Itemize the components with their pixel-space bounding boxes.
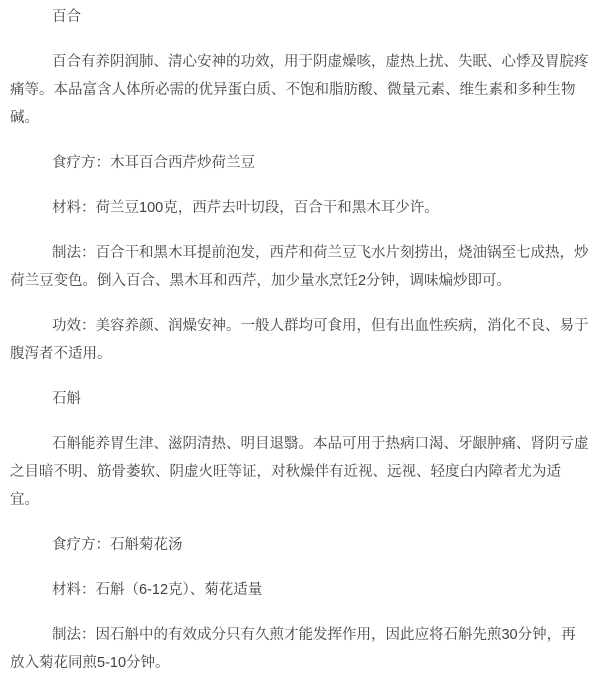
section-title-dendrobium: 石斛 — [10, 385, 589, 413]
paragraph-lily-benefits: 功效：美容养颜、润燥安神。一般人群均可食用，但有出血性疾病，消化不良、易于腹泻者… — [10, 312, 589, 368]
paragraph-lily-preparation: 制法：百合干和黑木耳提前泡发，西芹和荷兰豆飞水片刻捞出，烧油锅至七成热，炒荷兰豆… — [10, 239, 589, 295]
section-title-lily: 百合 — [10, 3, 589, 31]
paragraph-lily-recipe-name: 食疗方：木耳百合西芹炒荷兰豆 — [10, 149, 589, 177]
paragraph-lily-ingredients: 材料：荷兰豆100克，西芹去叶切段，百合干和黑木耳少许。 — [10, 194, 589, 222]
article-body: 百合 百合有养阴润肺、清心安神的功效，用于阴虚燥咳，虚热上扰、失眠、心悸及胃脘疼… — [0, 0, 595, 677]
paragraph-dendrobium-ingredients: 材料：石斛（6-12克）、菊花适量 — [10, 576, 589, 604]
paragraph-dendrobium-preparation: 制法：因石斛中的有效成分只有久煎才能发挥作用，因此应将石斛先煎30分钟，再放入菊… — [10, 621, 589, 677]
paragraph-dendrobium-recipe-name: 食疗方：石斛菊花汤 — [10, 531, 589, 559]
paragraph-lily-intro: 百合有养阴润肺、清心安神的功效，用于阴虚燥咳，虚热上扰、失眠、心悸及胃脘疼痛等。… — [10, 48, 589, 132]
paragraph-dendrobium-intro: 石斛能养胃生津、滋阴清热、明目退翳。本品可用于热病口渴、牙龈肿痛、肾阴亏虚之目暗… — [10, 430, 589, 514]
